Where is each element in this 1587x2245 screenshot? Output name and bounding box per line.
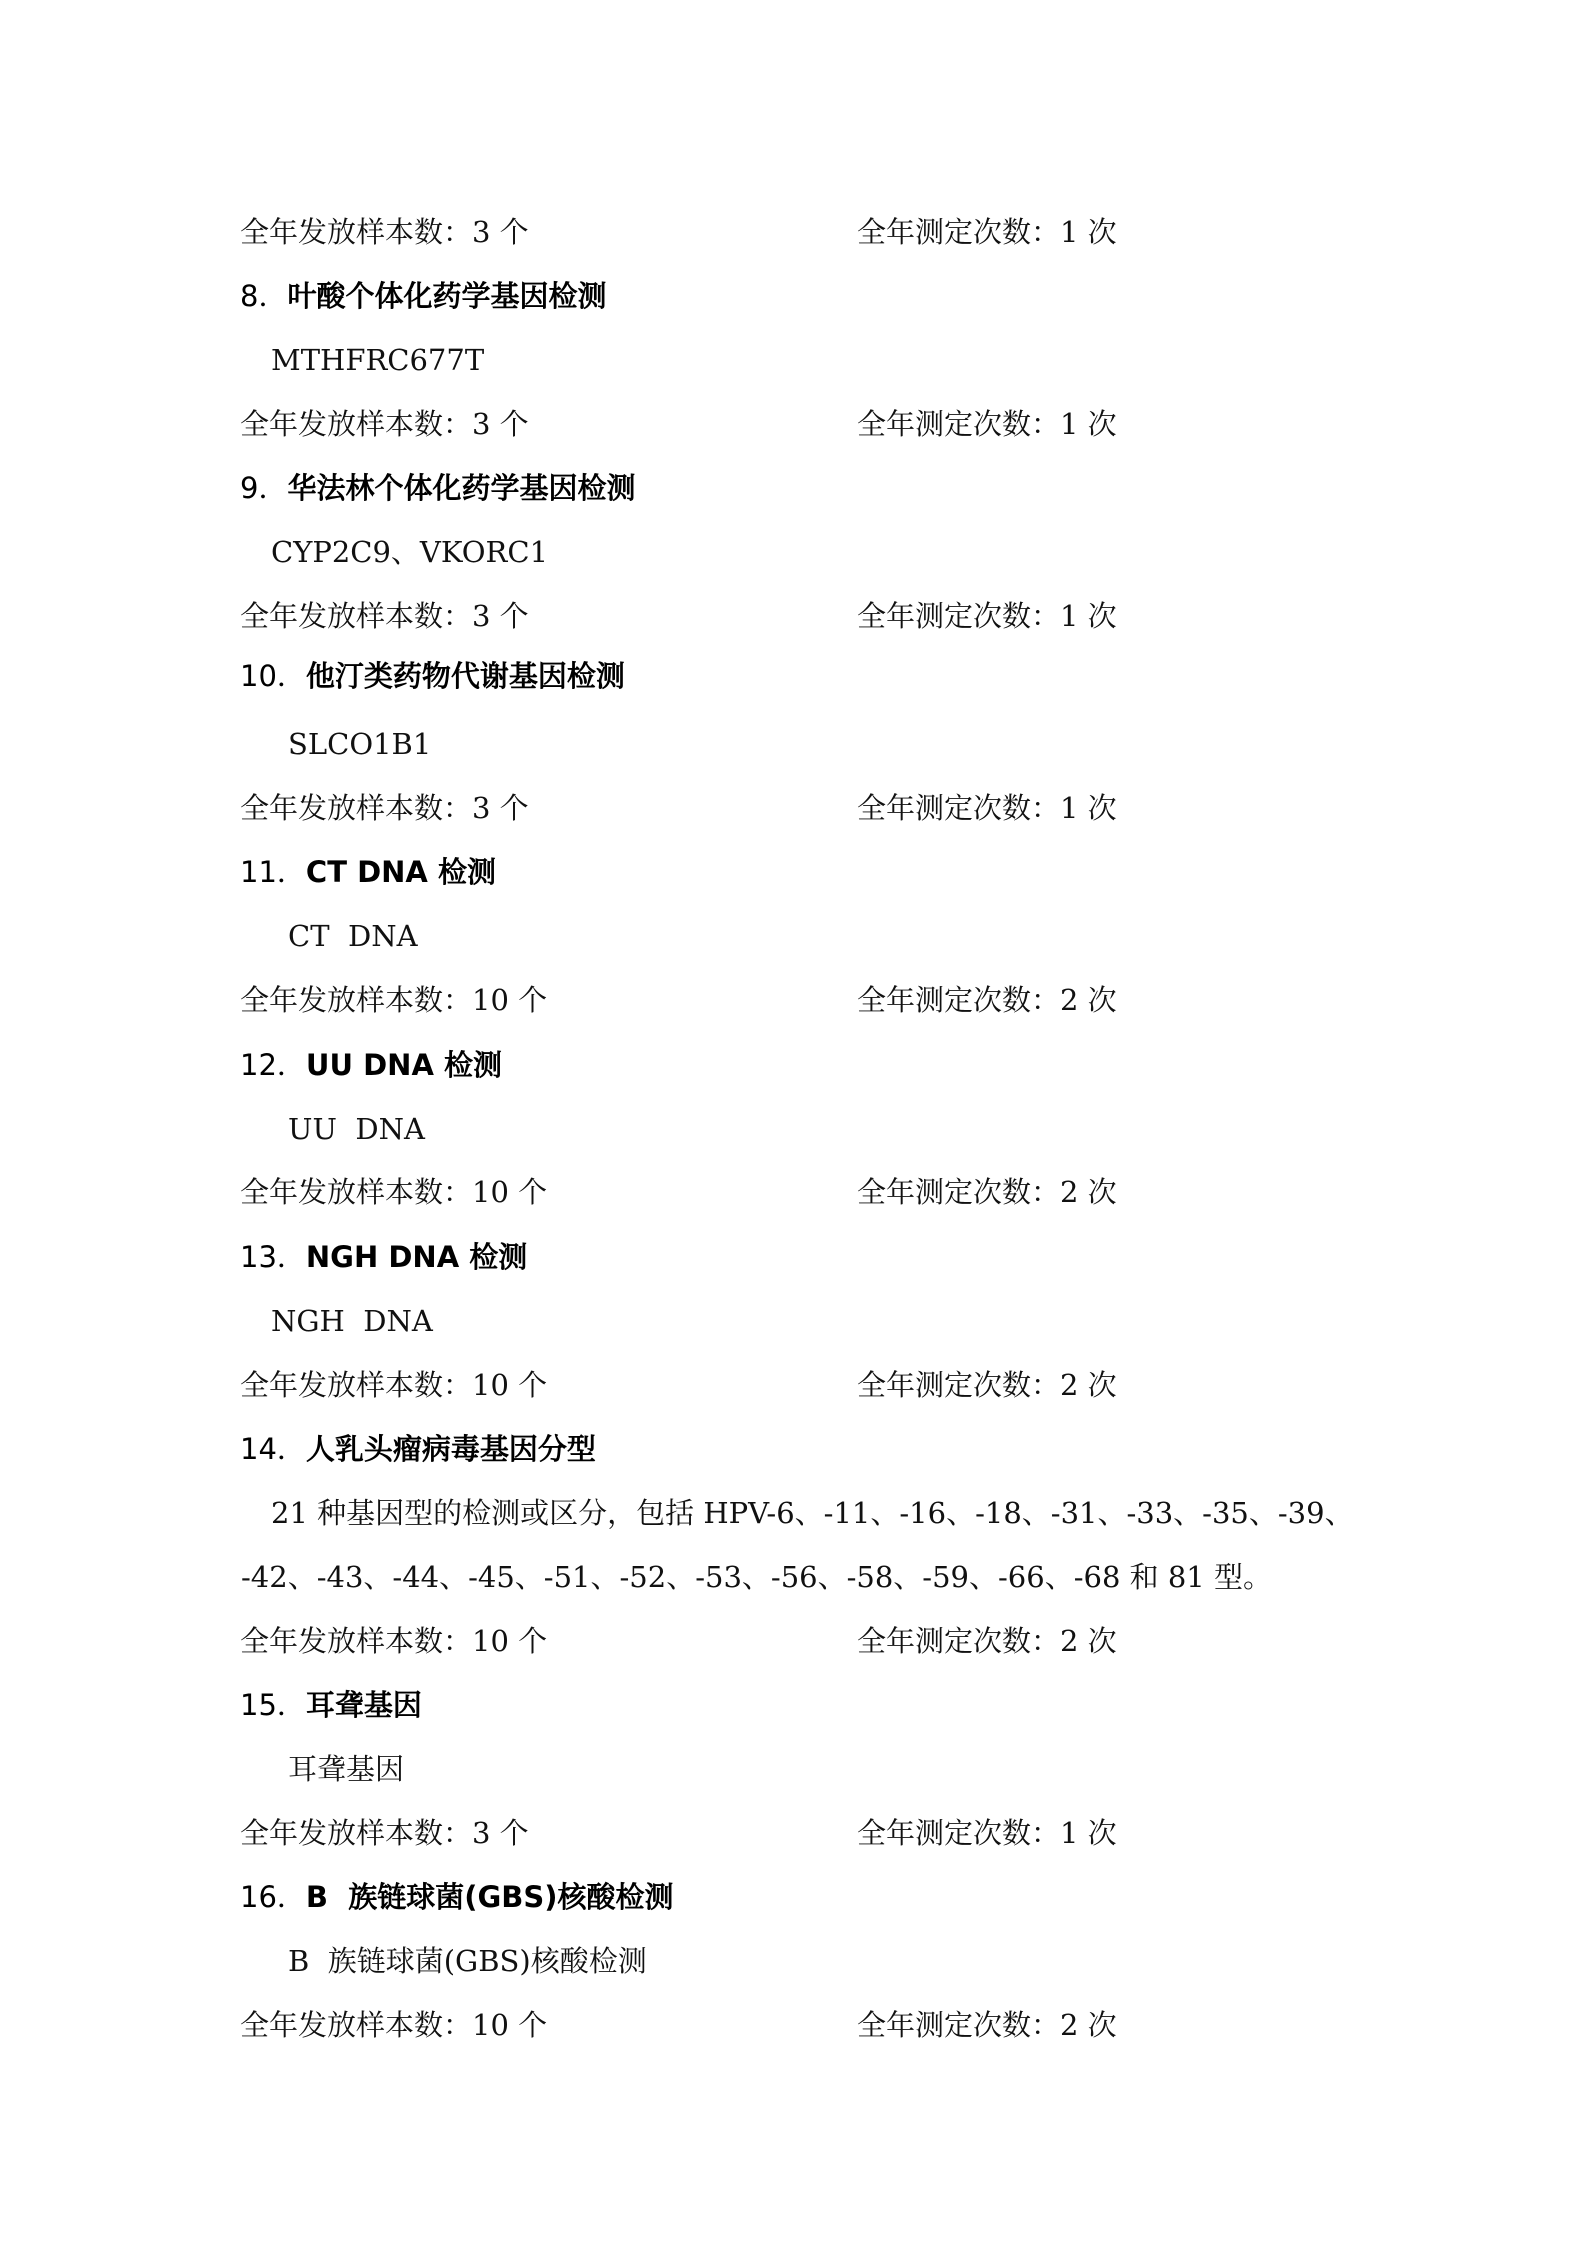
tests-count: 全年测定次数：2 次 [857, 980, 1117, 1020]
samples-count: 全年发放样本数：3 个 [240, 788, 529, 828]
section-title: UU DNA 检测 [306, 1048, 502, 1082]
samples-count: 全年发放样本数：3 个 [240, 596, 529, 636]
section-heading-8: 8．叶酸个体化药学基因检测 [240, 276, 606, 316]
section-item: 耳聋基因 [288, 1749, 404, 1789]
section-heading-14: 14．人乳头瘤病毒基因分型 [240, 1429, 596, 1469]
samples-count: 全年发放样本数：3 个 [240, 404, 529, 444]
section-number: 10． [240, 659, 306, 693]
tests-count: 全年测定次数：1 次 [857, 596, 1117, 636]
section-item: B 族链球菌(GBS)核酸检测 [288, 1941, 647, 1981]
section-title: 耳聋基因 [306, 1688, 422, 1722]
samples-count: 全年发放样本数：3 个 [240, 212, 529, 252]
tests-count: 全年测定次数：2 次 [857, 2005, 1117, 2045]
section-number: 13． [240, 1240, 306, 1274]
section-number: 14． [240, 1432, 306, 1466]
samples-count: 全年发放样本数：10 个 [240, 1621, 547, 1661]
section-item: MTHFRC677T [271, 340, 484, 380]
section-title: 人乳头瘤病毒基因分型 [306, 1432, 596, 1466]
section-heading-9: 9．华法林个体化药学基因检测 [240, 468, 635, 508]
tests-count: 全年测定次数：2 次 [857, 1621, 1117, 1661]
tests-count: 全年测定次数：2 次 [857, 1172, 1117, 1212]
section-heading-12: 12．UU DNA 检测 [240, 1045, 502, 1085]
tests-count: 全年测定次数：1 次 [857, 404, 1117, 444]
section-item: CYP2C9、VKORC1 [271, 532, 548, 572]
section-heading-11: 11．CT DNA 检测 [240, 852, 496, 892]
section-number: 8． [240, 279, 287, 313]
section-heading-13: 13．NGH DNA 检测 [240, 1237, 527, 1277]
section-title: NGH DNA 检测 [306, 1240, 527, 1274]
section-description-line: 21 种基因型的检测或区分，包括 HPV-6、-11、-16、-18、-31、-… [271, 1493, 1346, 1533]
tests-count: 全年测定次数：2 次 [857, 1365, 1117, 1405]
section-title: CT DNA 检测 [306, 855, 496, 889]
section-title: 华法林个体化药学基因检测 [287, 471, 635, 505]
document-page: 全年发放样本数：3 个 全年测定次数：1 次 8．叶酸个体化药学基因检测 MTH… [0, 0, 1587, 2245]
section-item: UU DNA [288, 1109, 425, 1149]
section-title: B 族链球菌(GBS)核酸检测 [306, 1880, 674, 1914]
tests-count: 全年测定次数：1 次 [857, 788, 1117, 828]
section-item: CT DNA [288, 916, 418, 956]
section-title: 他汀类药物代谢基因检测 [306, 659, 625, 693]
section-number: 16． [240, 1880, 306, 1914]
section-title: 叶酸个体化药学基因检测 [287, 279, 606, 313]
tests-count: 全年测定次数：1 次 [857, 212, 1117, 252]
section-heading-15: 15．耳聋基因 [240, 1685, 422, 1725]
samples-count: 全年发放样本数：10 个 [240, 1172, 547, 1212]
samples-count: 全年发放样本数：10 个 [240, 1365, 547, 1405]
section-number: 12． [240, 1048, 306, 1082]
samples-count: 全年发放样本数：10 个 [240, 980, 547, 1020]
section-number: 9． [240, 471, 287, 505]
samples-count: 全年发放样本数：10 个 [240, 2005, 547, 2045]
section-number: 15． [240, 1688, 306, 1722]
section-heading-10: 10．他汀类药物代谢基因检测 [240, 656, 625, 696]
tests-count: 全年测定次数：1 次 [857, 1813, 1117, 1853]
section-heading-16: 16．B 族链球菌(GBS)核酸检测 [240, 1877, 674, 1917]
section-number: 11． [240, 855, 306, 889]
section-item: SLCO1B1 [288, 724, 431, 764]
section-item: NGH DNA [271, 1301, 433, 1341]
section-description-line: -42、-43、-44、-45、-51、-52、-53、-56、-58、-59、… [241, 1557, 1272, 1597]
samples-count: 全年发放样本数：3 个 [240, 1813, 529, 1853]
